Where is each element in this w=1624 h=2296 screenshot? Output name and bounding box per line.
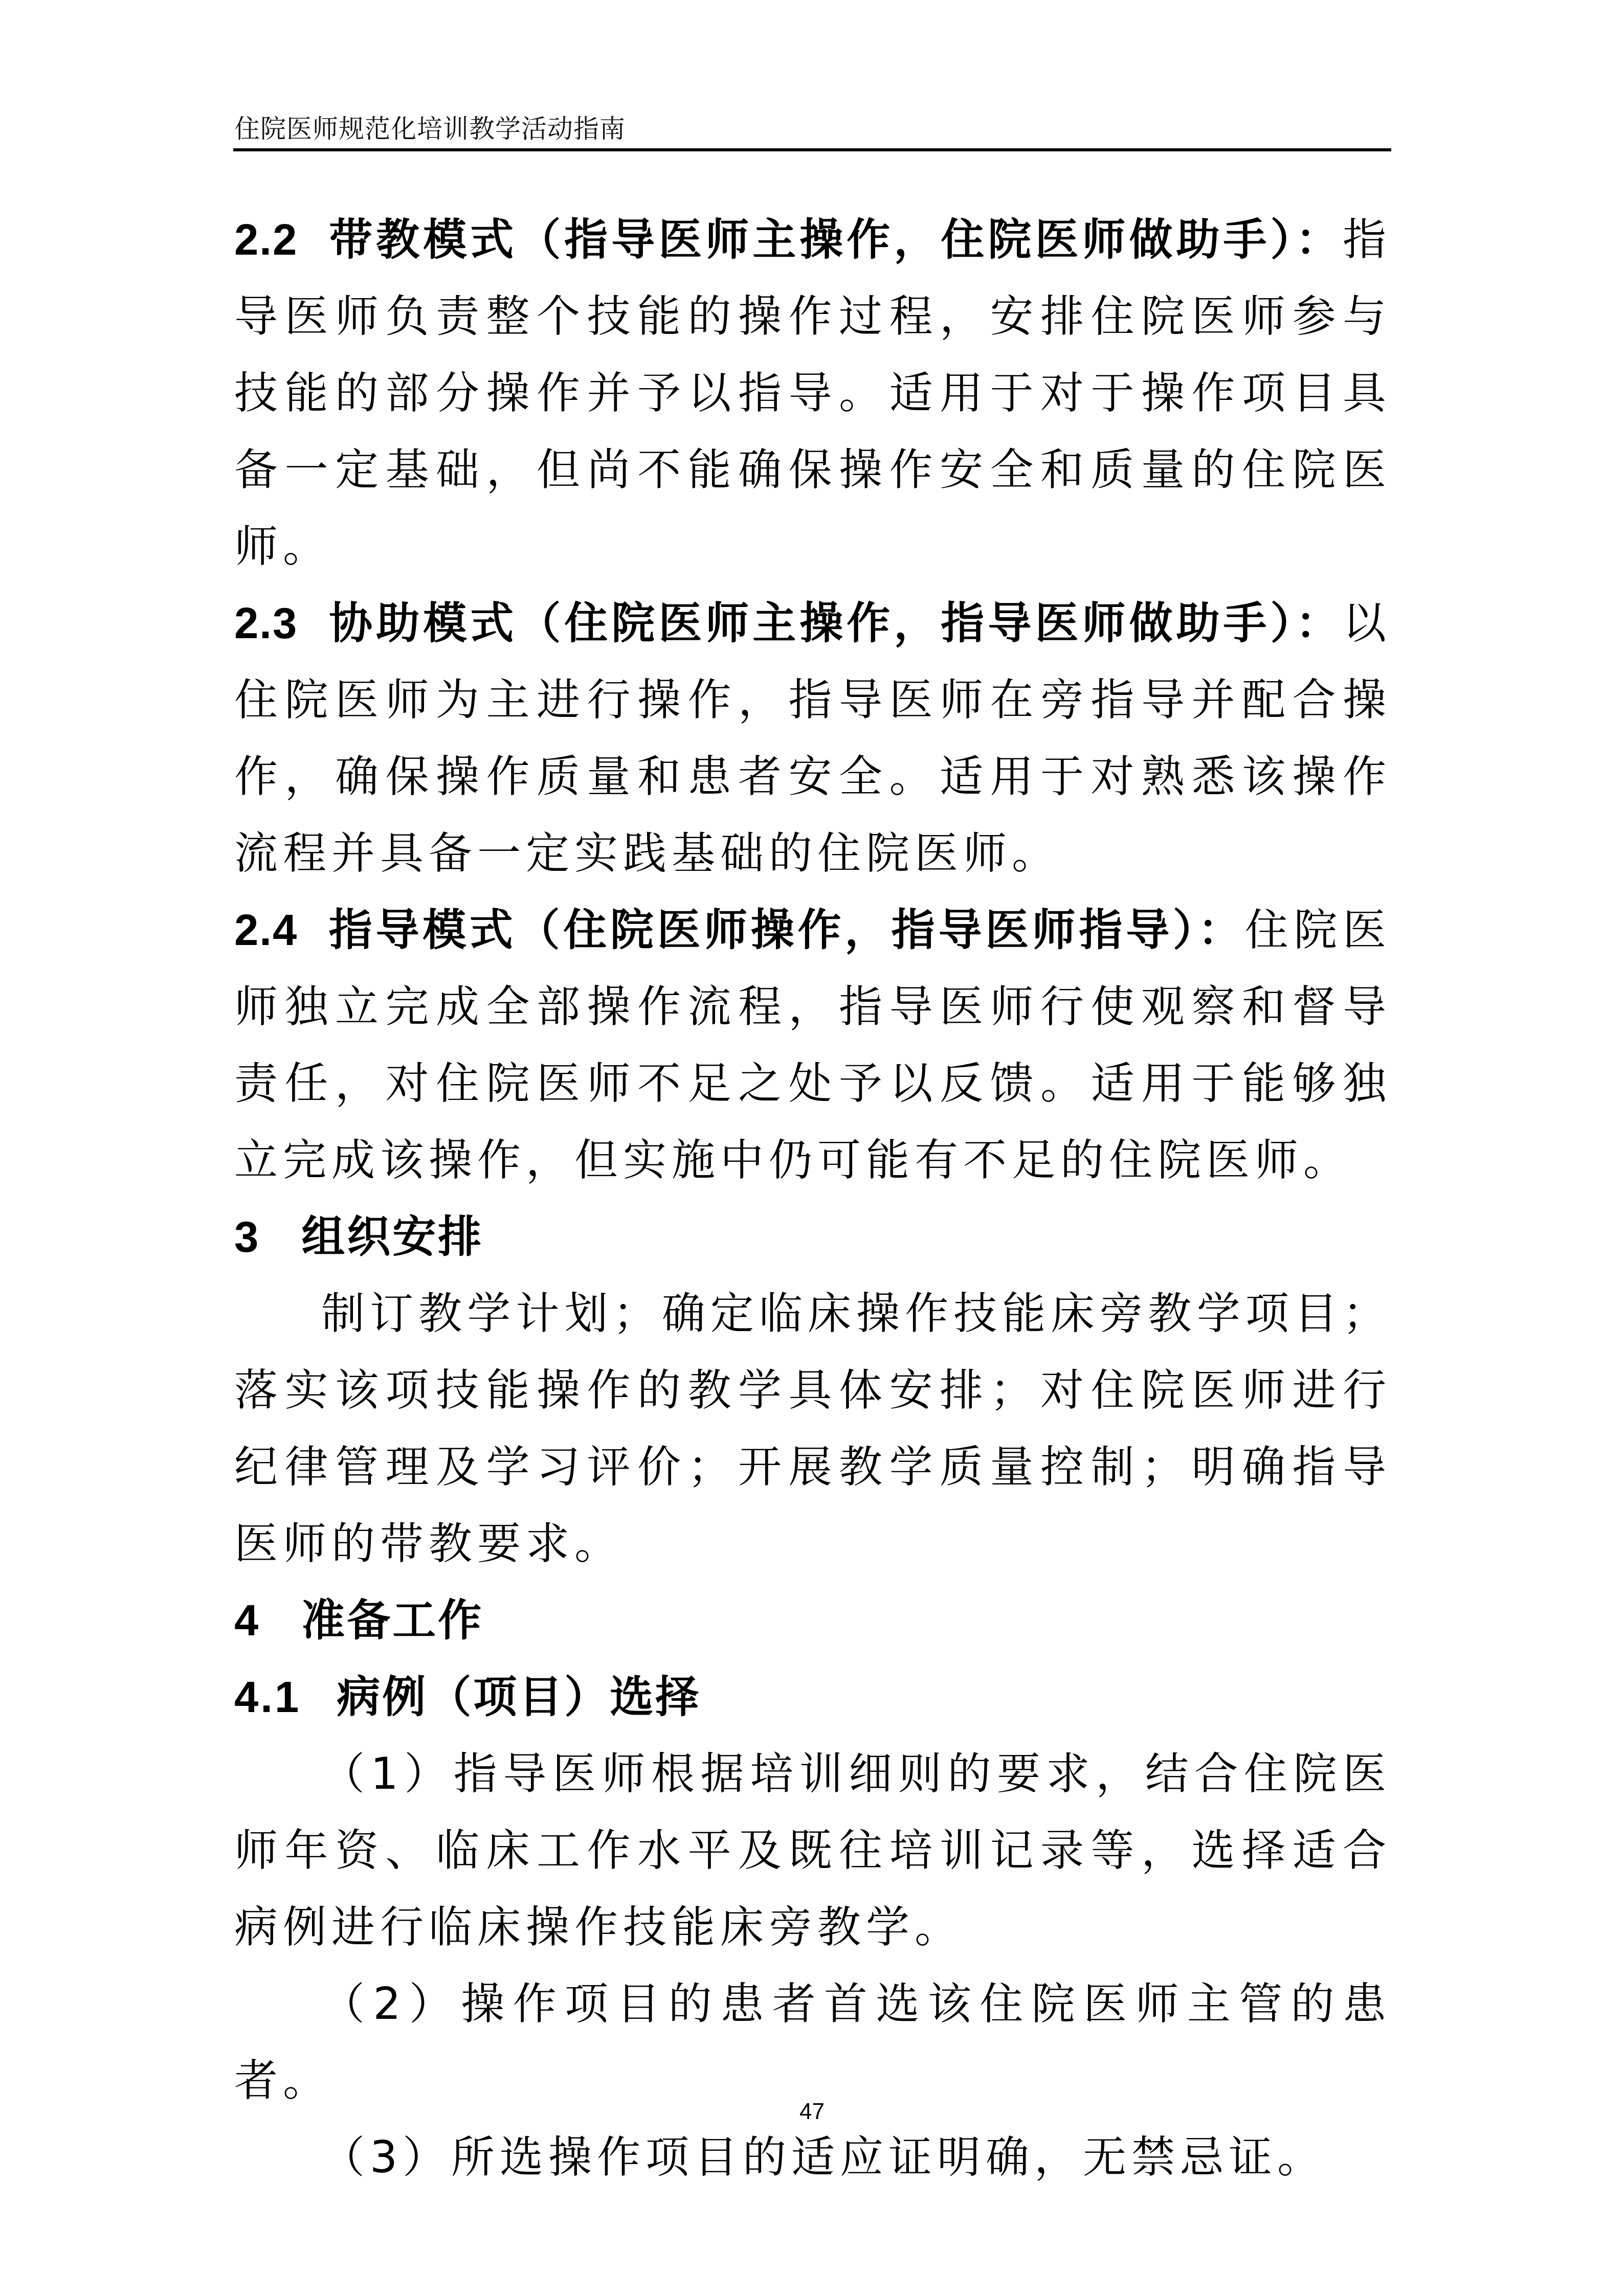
section-3-body: 制订教学计划；确定临床操作技能床旁教学项目；落实该项技能操作的教学具体安排；对住… (234, 1276, 1391, 1583)
section-2-2: 2.2带教模式（指导医师主操作，住院医师做助手）：指导医师负责整个技能的操作过程… (234, 202, 1391, 586)
running-header: 住院医师规范化培训教学活动指南 (234, 114, 1390, 144)
list-item-1: （1）指导医师根据培训细则的要求，结合住院医师年资、临床工作水平及既往培训记录等… (234, 1736, 1391, 1966)
section-title: 组织安排 (301, 1212, 483, 1263)
page-number: 47 (0, 2099, 1624, 2125)
section-2-4: 2.4指导模式（住院医师操作，指导医师指导）：住院医师独立完成全部操作流程，指导… (234, 892, 1391, 1199)
subsection-number: 4.1 (234, 1673, 301, 1722)
section-number: 4 (234, 1596, 260, 1645)
section-title: 带教模式（指导医师主操作，住院医师做助手）： (328, 215, 1343, 265)
header-rule (233, 148, 1391, 151)
subsection-title: 病例（项目）选择 (337, 1672, 701, 1723)
section-4-heading: 4准备工作 (234, 1583, 1391, 1659)
section-title: 准备工作 (301, 1595, 483, 1646)
section-number: 2.2 (234, 216, 298, 264)
list-item-2: （2）操作项目的患者首选该住院医师主管的患者。 (234, 1966, 1391, 2120)
page-content: 2.2带教模式（指导医师主操作，住院医师做助手）：指导医师负责整个技能的操作过程… (234, 202, 1391, 2196)
section-title: 指导模式（住院医师操作，指导医师指导）： (328, 905, 1244, 956)
section-body: 指导医师负责整个技能的操作过程，安排住院医师参与技能的部分操作并予以指导。适用于… (234, 215, 1391, 572)
document-page: 住院医师规范化培训教学活动指南 2.2带教模式（指导医师主操作，住院医师做助手）… (0, 0, 1624, 2296)
list-item-3: （3）所选操作项目的适应证明确，无禁忌证。 (234, 2120, 1391, 2196)
section-3-heading: 3组织安排 (234, 1199, 1391, 1276)
section-number: 3 (234, 1213, 260, 1262)
section-title: 协助模式（住院医师主操作，指导医师做助手）： (328, 598, 1343, 649)
section-number: 2.4 (234, 906, 298, 955)
section-2-3: 2.3协助模式（住院医师主操作，指导医师做助手）：以住院医师为主进行操作，指导医… (234, 586, 1391, 892)
section-4-1-heading: 4.1病例（项目）选择 (234, 1659, 1391, 1736)
section-number: 2.3 (234, 599, 298, 648)
